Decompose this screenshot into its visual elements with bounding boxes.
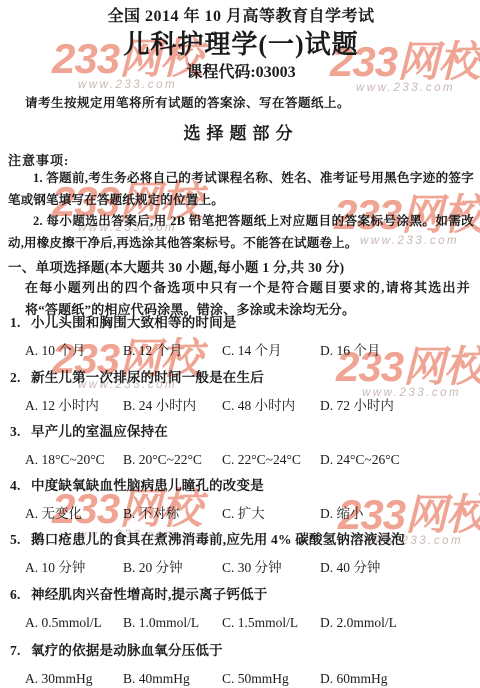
question-number: 2. (8, 368, 31, 387)
option-d: D. 缩小 (320, 504, 478, 523)
option-b: B. 24 小时内 (123, 396, 222, 415)
options-row: A. 30mmHg B. 40mmHg C. 50mmHg D. 60mmHg (8, 669, 478, 688)
option-c: C. 50mmHg (222, 669, 320, 688)
question-stem: 4.中度缺氧缺血性脑病患儿瞳孔的改变是 (8, 476, 478, 495)
option-a: A. 10 个月 (25, 341, 123, 360)
question-1: 1.小儿头围和胸围大致相等的时间是 A. 10 个月 B. 12 个月 C. 1… (8, 313, 478, 360)
part-title: 选择题部分 (8, 119, 474, 144)
question-number: 5. (8, 530, 31, 549)
option-d: D. 2.0mmol/L (320, 613, 478, 632)
question-text: 神经肌肉兴奋性增高时,提示离子钙低于 (31, 587, 267, 602)
option-a: A. 0.5mmol/L (25, 613, 123, 632)
question-7: 7.氧疗的依据是动脉血氧分压低于 A. 30mmHg B. 40mmHg C. … (8, 641, 478, 688)
question-stem: 1.小儿头围和胸围大致相等的时间是 (8, 313, 478, 332)
question-stem: 5.鹅口疮患儿的食具在煮沸消毒前,应先用 4% 碳酸氢钠溶液浸泡 (8, 530, 478, 549)
course-code: 课程代码:03003 (8, 59, 474, 82)
options-row: A. 10 个月 B. 12 个月 C. 14 个月 D. 16 个月 (8, 341, 478, 360)
option-a: A. 12 小时内 (25, 396, 123, 415)
option-b: B. 20°C~22°C (123, 450, 222, 469)
question-text: 鹅口疮患儿的食具在煮沸消毒前,应先用 4% 碳酸氢钠溶液浸泡 (31, 532, 405, 547)
option-b: B. 不对称 (123, 504, 222, 523)
question-3: 3.早产儿的室温应保持在 A. 18°C~20°C B. 20°C~22°C C… (8, 422, 478, 469)
exam-session-line: 全国 2014 年 10 月高等教育自学考试 (8, 3, 474, 26)
option-d: D. 24°C~26°C (320, 450, 478, 469)
options-row: A. 无变化 B. 不对称 C. 扩大 D. 缩小 (8, 504, 478, 523)
option-d: D. 60mmHg (320, 669, 478, 688)
exam-paper-page: 233网校 www.233.com 233网校 www.233.com 233网… (0, 0, 480, 688)
option-d: D. 72 小时内 (320, 396, 478, 415)
question-4: 4.中度缺氧缺血性脑病患儿瞳孔的改变是 A. 无变化 B. 不对称 C. 扩大 … (8, 476, 478, 523)
question-stem: 2.新生儿第一次排尿的时间一般是在生后 (8, 368, 478, 387)
notice-item-1: 1. 答题前,考生务必将自己的考试课程名称、姓名、准考证号用黑色字迹的签字笔或钢… (8, 168, 474, 211)
answer-sheet-instruction: 请考生按规定用笔将所有试题的答案涂、写在答题纸上。 (8, 93, 474, 111)
question-6: 6.神经肌肉兴奋性增高时,提示离子钙低于 A. 0.5mmol/L B. 1.0… (8, 585, 478, 632)
option-c: C. 14 个月 (222, 341, 320, 360)
question-stem: 3.早产儿的室温应保持在 (8, 422, 478, 441)
options-row: A. 18°C~20°C B. 20°C~22°C C. 22°C~24°C D… (8, 450, 478, 469)
question-2: 2.新生儿第一次排尿的时间一般是在生后 A. 12 小时内 B. 24 小时内 … (8, 368, 478, 415)
page-title: 儿科护理学(一)试题 (8, 24, 474, 61)
question-number: 6. (8, 585, 31, 604)
option-a: A. 10 分钟 (25, 558, 123, 577)
question-text: 中度缺氧缺血性脑病患儿瞳孔的改变是 (31, 478, 264, 493)
option-c: C. 1.5mmol/L (222, 613, 320, 632)
option-c: C. 30 分钟 (222, 558, 320, 577)
question-number: 7. (8, 641, 31, 660)
section1-heading: 一、单项选择题(本大题共 30 小题,每小题 1 分,共 30 分) (8, 256, 474, 276)
option-b: B. 20 分钟 (123, 558, 222, 577)
option-b: B. 1.0mmol/L (123, 613, 222, 632)
question-text: 小儿头围和胸围大致相等的时间是 (31, 315, 237, 330)
question-stem: 7.氧疗的依据是动脉血氧分压低于 (8, 641, 478, 660)
option-b: B. 40mmHg (123, 669, 222, 688)
question-number: 3. (8, 422, 31, 441)
option-b: B. 12 个月 (123, 341, 222, 360)
option-a: A. 无变化 (25, 504, 123, 523)
question-5: 5.鹅口疮患儿的食具在煮沸消毒前,应先用 4% 碳酸氢钠溶液浸泡 A. 10 分… (8, 530, 478, 577)
option-a: A. 30mmHg (25, 669, 123, 688)
option-d: D. 16 个月 (320, 341, 478, 360)
question-text: 新生儿第一次排尿的时间一般是在生后 (31, 370, 264, 385)
option-c: C. 扩大 (222, 504, 320, 523)
notice-label: 注意事项: (8, 150, 474, 169)
option-a: A. 18°C~20°C (25, 450, 123, 469)
question-number: 4. (8, 476, 31, 495)
option-c: C. 48 小时内 (222, 396, 320, 415)
question-number: 1. (8, 313, 31, 332)
options-row: A. 10 分钟 B. 20 分钟 C. 30 分钟 D. 40 分钟 (8, 558, 478, 577)
question-text: 早产儿的室温应保持在 (31, 424, 168, 439)
notice-item-2: 2. 每小题选出答案后,用 2B 铅笔把答题纸上对应题目的答案标号涂黑。如需改动… (8, 211, 474, 254)
option-c: C. 22°C~24°C (222, 450, 320, 469)
options-row: A. 0.5mmol/L B. 1.0mmol/L C. 1.5mmol/L D… (8, 613, 478, 632)
question-text: 氧疗的依据是动脉血氧分压低于 (31, 643, 223, 658)
option-d: D. 40 分钟 (320, 558, 478, 577)
options-row: A. 12 小时内 B. 24 小时内 C. 48 小时内 D. 72 小时内 (8, 396, 478, 415)
question-stem: 6.神经肌肉兴奋性增高时,提示离子钙低于 (8, 585, 478, 604)
